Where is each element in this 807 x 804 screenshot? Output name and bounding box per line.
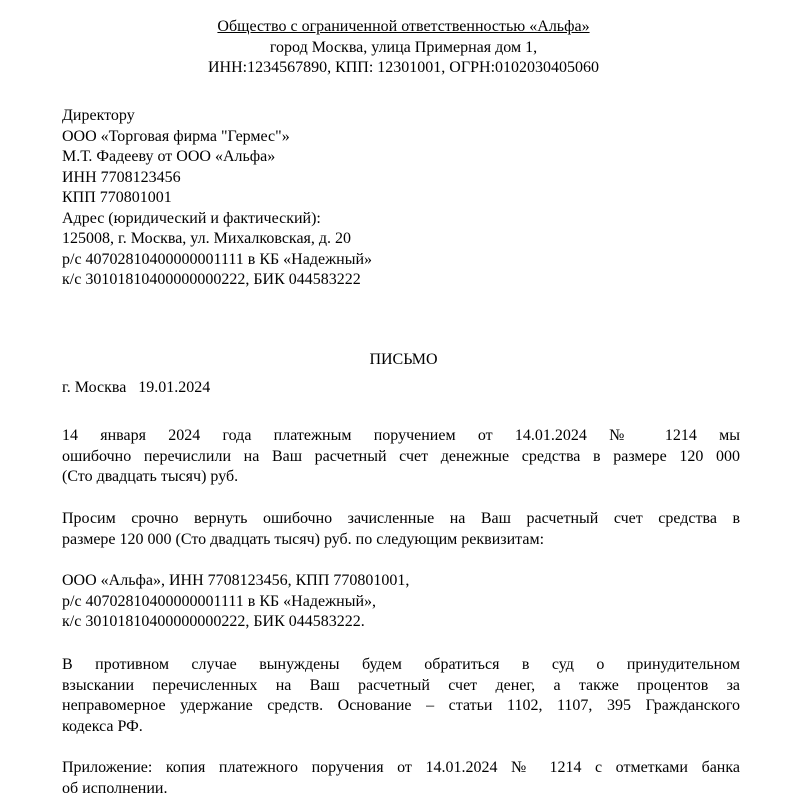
paragraph-transfer: 14 января 2024 года платежным поручением…	[62, 426, 740, 488]
addressee-line: Адрес (юридический и фактический):	[62, 209, 372, 230]
paragraph-warning: В противном случае вынуждены будем обрат…	[62, 655, 740, 737]
addressee-line: к/с 30101810400000000222, БИК 044583222	[62, 270, 372, 291]
letterhead: Общество с ограниченной ответственностью…	[0, 17, 807, 79]
paragraph-line: взыскании перечисленных на Ваш расчетный…	[62, 676, 740, 697]
paragraph-line: (Сто двадцать тысяч) руб.	[62, 467, 740, 488]
addressee-block: Директору ООО «Торговая фирма "Гермес"» …	[62, 106, 372, 291]
addressee-line: Директору	[62, 106, 372, 127]
company-name: Общество с ограниченной ответственностью…	[0, 17, 807, 38]
addressee-line: р/с 40702810400000001111 в КБ «Надежный»	[62, 250, 372, 271]
addressee-line: ИНН 7708123456	[62, 168, 372, 189]
letter-title-text: ПИСЬМО	[369, 351, 437, 368]
paragraph-line: В противном случае вынуждены будем обрат…	[62, 655, 740, 676]
addressee-line: М.Т. Фадееву от ООО «Альфа»	[62, 147, 372, 168]
company-requisites: ИНН:1234567890, КПП: 12301001, ОГРН:0102…	[0, 58, 807, 79]
paragraph-line: неправомерное удержание средств. Основан…	[62, 696, 740, 717]
addressee-line: ООО «Торговая фирма "Гермес"»	[62, 127, 372, 148]
addressee-line: 125008, г. Москва, ул. Михалковская, д. …	[62, 229, 372, 250]
paragraph-line: ошибочно перечислили на Ваш расчетный сч…	[62, 447, 740, 468]
paragraph-line: 14 января 2024 года платежным поручением…	[62, 426, 740, 447]
paragraph-request: Просим срочно вернуть ошибочно зачисленн…	[62, 509, 740, 550]
requisites-line: к/с 30101810400000000222, БИК 044583222.	[62, 612, 740, 633]
paragraph-line: об исполнении.	[62, 779, 740, 800]
attachment-note: Приложение: копия платежного поручения о…	[62, 758, 740, 799]
return-requisites: ООО «Альфа», ИНН 7708123456, КПП 7708010…	[62, 571, 740, 633]
paragraph-line: кодекса РФ.	[62, 717, 740, 738]
paragraph-line: Просим срочно вернуть ошибочно зачисленн…	[62, 509, 740, 530]
paragraph-line: Приложение: копия платежного поручения о…	[62, 758, 740, 779]
letter-title: ПИСЬМО	[0, 350, 807, 371]
requisites-line: р/с 40702810400000001111 в КБ «Надежный»…	[62, 592, 740, 613]
paragraph-line: размере 120 000 (Сто двадцать тысяч) руб…	[62, 530, 740, 551]
company-address: город Москва, улица Примерная дом 1,	[0, 38, 807, 59]
addressee-line: КПП 770801001	[62, 188, 372, 209]
requisites-line: ООО «Альфа», ИНН 7708123456, КПП 7708010…	[62, 571, 740, 592]
city-date: г. Москва 19.01.2024	[62, 378, 210, 399]
